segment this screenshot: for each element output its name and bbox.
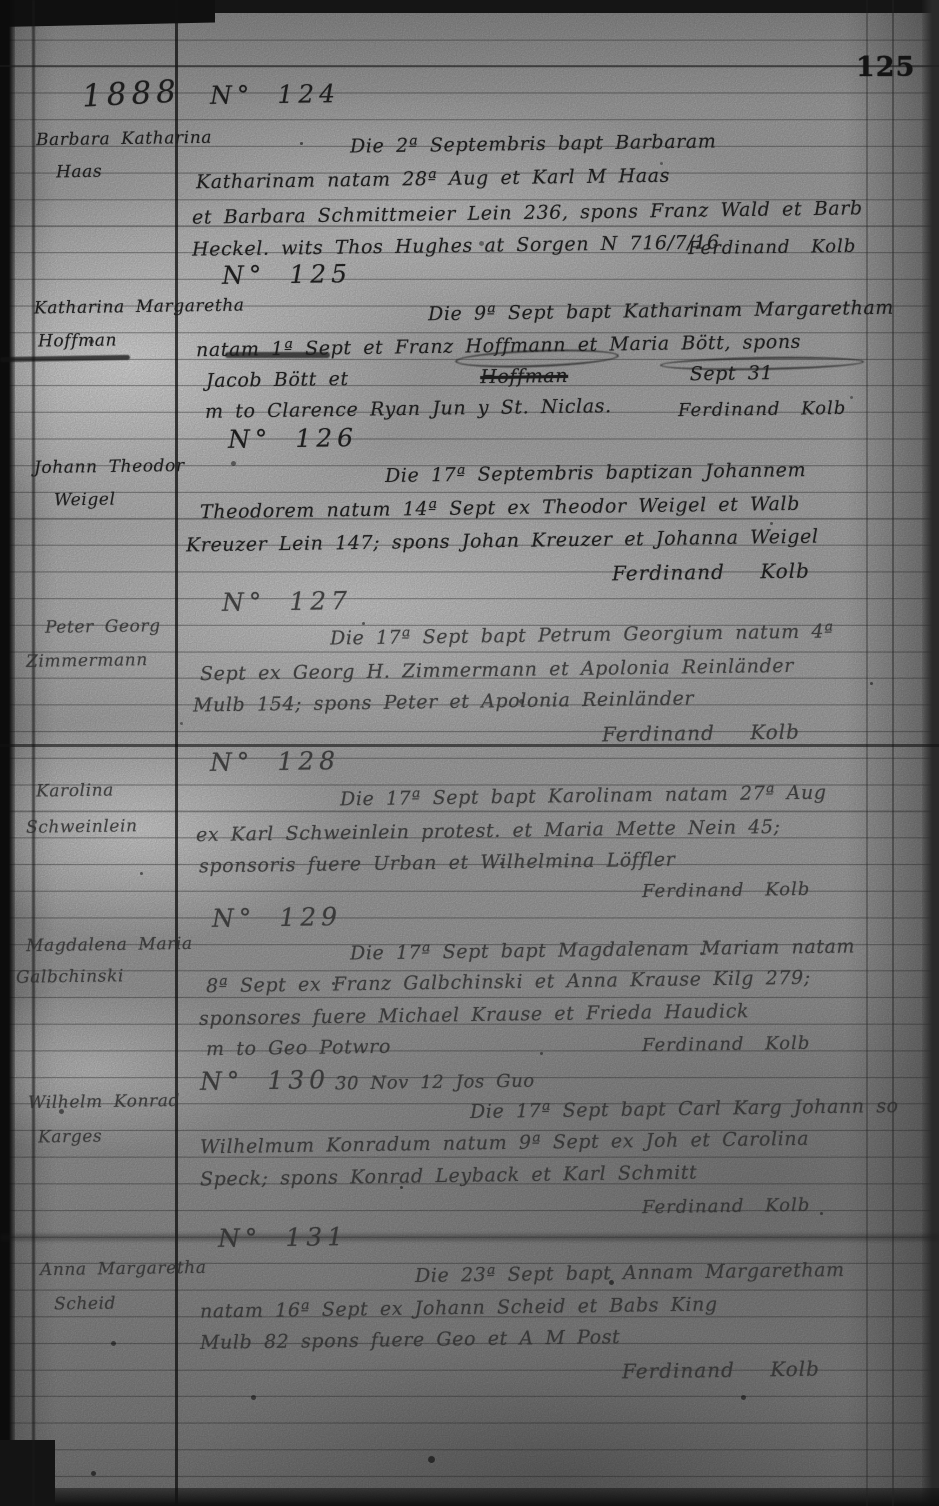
scan-border-left bbox=[0, 0, 15, 1506]
entry-margin-name: Karges bbox=[38, 1127, 103, 1148]
register-page-scan: 125 1888 N° 124 Barbara Katharina Haas D… bbox=[0, 0, 939, 1506]
scan-border-top bbox=[0, 0, 939, 13]
year-heading: 1888 bbox=[81, 73, 182, 114]
entry-margin-name: Anna Margaretha bbox=[40, 1258, 207, 1280]
struck-out-name: Hoffman bbox=[480, 365, 568, 388]
record-line-text: Sept 31 bbox=[690, 362, 774, 385]
record-line: Die 17ª Sept bapt Petrum Georgium natum … bbox=[330, 620, 834, 649]
record-line: Die 23ª Sept bapt Annam Margaretham bbox=[415, 1259, 845, 1287]
priest-signature: Ferdinand Kolb bbox=[678, 398, 847, 421]
record-line: 8ª Sept ex Franz Galbchinski et Anna Kra… bbox=[206, 967, 811, 997]
record-line: Katharinam natam 28ª Aug et Karl M Haas bbox=[196, 165, 670, 194]
entry-margin-name: Galbchinski bbox=[16, 966, 124, 988]
entry-margin-name: Peter Georg bbox=[45, 616, 161, 638]
record-line: Speck; spons Konrad Leyback et Karl Schm… bbox=[200, 1162, 698, 1191]
right-vertical-rule-1 bbox=[866, 0, 868, 1506]
scan-corner-bottom-left bbox=[0, 1440, 55, 1506]
record-line: natam 16ª Sept ex Johann Scheid et Babs … bbox=[200, 1293, 718, 1322]
priest-signature: Ferdinand Kolb bbox=[642, 1033, 811, 1056]
entry-margin-name: Zimmermann bbox=[26, 650, 148, 672]
entry-margin-name: Hoffman bbox=[38, 330, 117, 351]
heavy-rule-mid bbox=[0, 744, 939, 747]
record-line: Die 9ª Sept bapt Katharinam Margaretham bbox=[428, 297, 894, 326]
record-line: ex Karl Schweinlein protest. et Maria Me… bbox=[196, 816, 781, 846]
entry-number: N° 125 bbox=[222, 259, 352, 290]
heavy-rule-top bbox=[0, 65, 939, 67]
priest-signature: Ferdinand Kolb bbox=[642, 1195, 811, 1218]
priest-signature: Ferdinand Kolb bbox=[612, 559, 810, 586]
entry-number: N° 124 bbox=[210, 79, 340, 110]
record-line: Jacob Bött et Hoffman Sept 31 bbox=[206, 362, 774, 392]
record-line: sponsoris fuere Urban et Wilhelmina Löff… bbox=[199, 849, 676, 878]
record-line: Die 2ª Septembris bapt Barbaram bbox=[350, 130, 717, 157]
entry-number: N° 131 bbox=[218, 1222, 348, 1253]
record-line: Die 17ª Septembris baptizan Johannem bbox=[385, 459, 806, 487]
priest-signature: Ferdinand Kolb bbox=[622, 1357, 820, 1384]
marriage-note: m to Clarence Ryan Jun y St. Niclas. bbox=[205, 395, 612, 423]
entry-margin-name: Magdalena Maria bbox=[26, 934, 193, 956]
scan-border-right bbox=[922, 0, 939, 1506]
entry-margin-name: Karolina bbox=[36, 780, 114, 801]
scan-specks bbox=[0, 0, 3, 3]
scan-border-top-left bbox=[0, 0, 215, 27]
record-line: sponsores fuere Michael Krause et Frieda… bbox=[199, 1000, 749, 1030]
scan-border-bottom bbox=[0, 1488, 939, 1506]
priest-signature: Ferdinand Kolb bbox=[642, 879, 811, 902]
entry-number: N° 129 bbox=[212, 902, 342, 933]
record-line: Mulb 82 spons fuere Geo et A M Post bbox=[200, 1326, 621, 1354]
priest-signature: Ferdinand Kolb bbox=[688, 236, 857, 259]
right-vertical-rule-2 bbox=[892, 0, 894, 1506]
entry-number: N° 126 bbox=[228, 423, 358, 454]
record-line: Heckel. wits Thos Hughes at Sorgen N 716… bbox=[192, 231, 720, 260]
entry-margin-name: Barbara Katharina bbox=[36, 128, 212, 150]
smudge-band bbox=[0, 1234, 939, 1241]
entry-margin-name: Schweinlein bbox=[26, 816, 138, 838]
record-line: Sept ex Georg H. Zimmermann et Apolonia … bbox=[200, 655, 794, 685]
record-line: natam 1ª Sept et Franz Hoffmann et Maria… bbox=[196, 331, 801, 361]
record-line: Kreuzer Lein 147; spons Johan Kreuzer et… bbox=[186, 526, 819, 557]
entry-margin-name: Wilhelm Konrad bbox=[28, 1091, 180, 1113]
record-line: et Barbara Schmittmeier Lein 236, spons … bbox=[192, 197, 863, 228]
entry-number: N° 128 bbox=[210, 746, 340, 777]
register-annotation: 30 Nov 12 Jos Guo bbox=[335, 1071, 535, 1095]
left-vertical-rule bbox=[32, 0, 35, 1506]
record-line: Die 17ª Sept bapt Karolinam natam 27ª Au… bbox=[340, 782, 827, 811]
ink-dash-left bbox=[0, 355, 130, 362]
record-line: Mulb 154; spons Peter et Apolonia Reinlä… bbox=[193, 688, 694, 717]
marriage-note: m to Geo Potwro bbox=[206, 1036, 391, 1061]
record-line: Die 17ª Sept bapt Magdalenam Mariam nata… bbox=[350, 935, 855, 964]
entry-margin-name: Johann Theodor bbox=[34, 456, 185, 478]
entry-margin-name: Weigel bbox=[54, 490, 116, 511]
entry-number: N° 130 bbox=[200, 1065, 330, 1096]
margin-column-rule bbox=[175, 0, 178, 1506]
record-line-text: Jacob Bött et bbox=[206, 368, 349, 392]
priest-signature: Ferdinand Kolb bbox=[602, 720, 800, 747]
record-line: Wilhelmum Konradum natum 9ª Sept ex Joh … bbox=[200, 1128, 809, 1159]
entry-margin-name: Scheid bbox=[54, 1294, 116, 1315]
entry-margin-name: Haas bbox=[56, 162, 103, 183]
record-line: Theodorem natum 14ª Sept ex Theodor Weig… bbox=[200, 493, 800, 523]
record-line: Die 17ª Sept bapt Carl Karg Johann so bbox=[470, 1095, 899, 1123]
page-number: 125 bbox=[856, 52, 915, 83]
entry-margin-name: Katharina Margaretha bbox=[34, 296, 245, 319]
entry-number: N° 127 bbox=[222, 586, 352, 617]
